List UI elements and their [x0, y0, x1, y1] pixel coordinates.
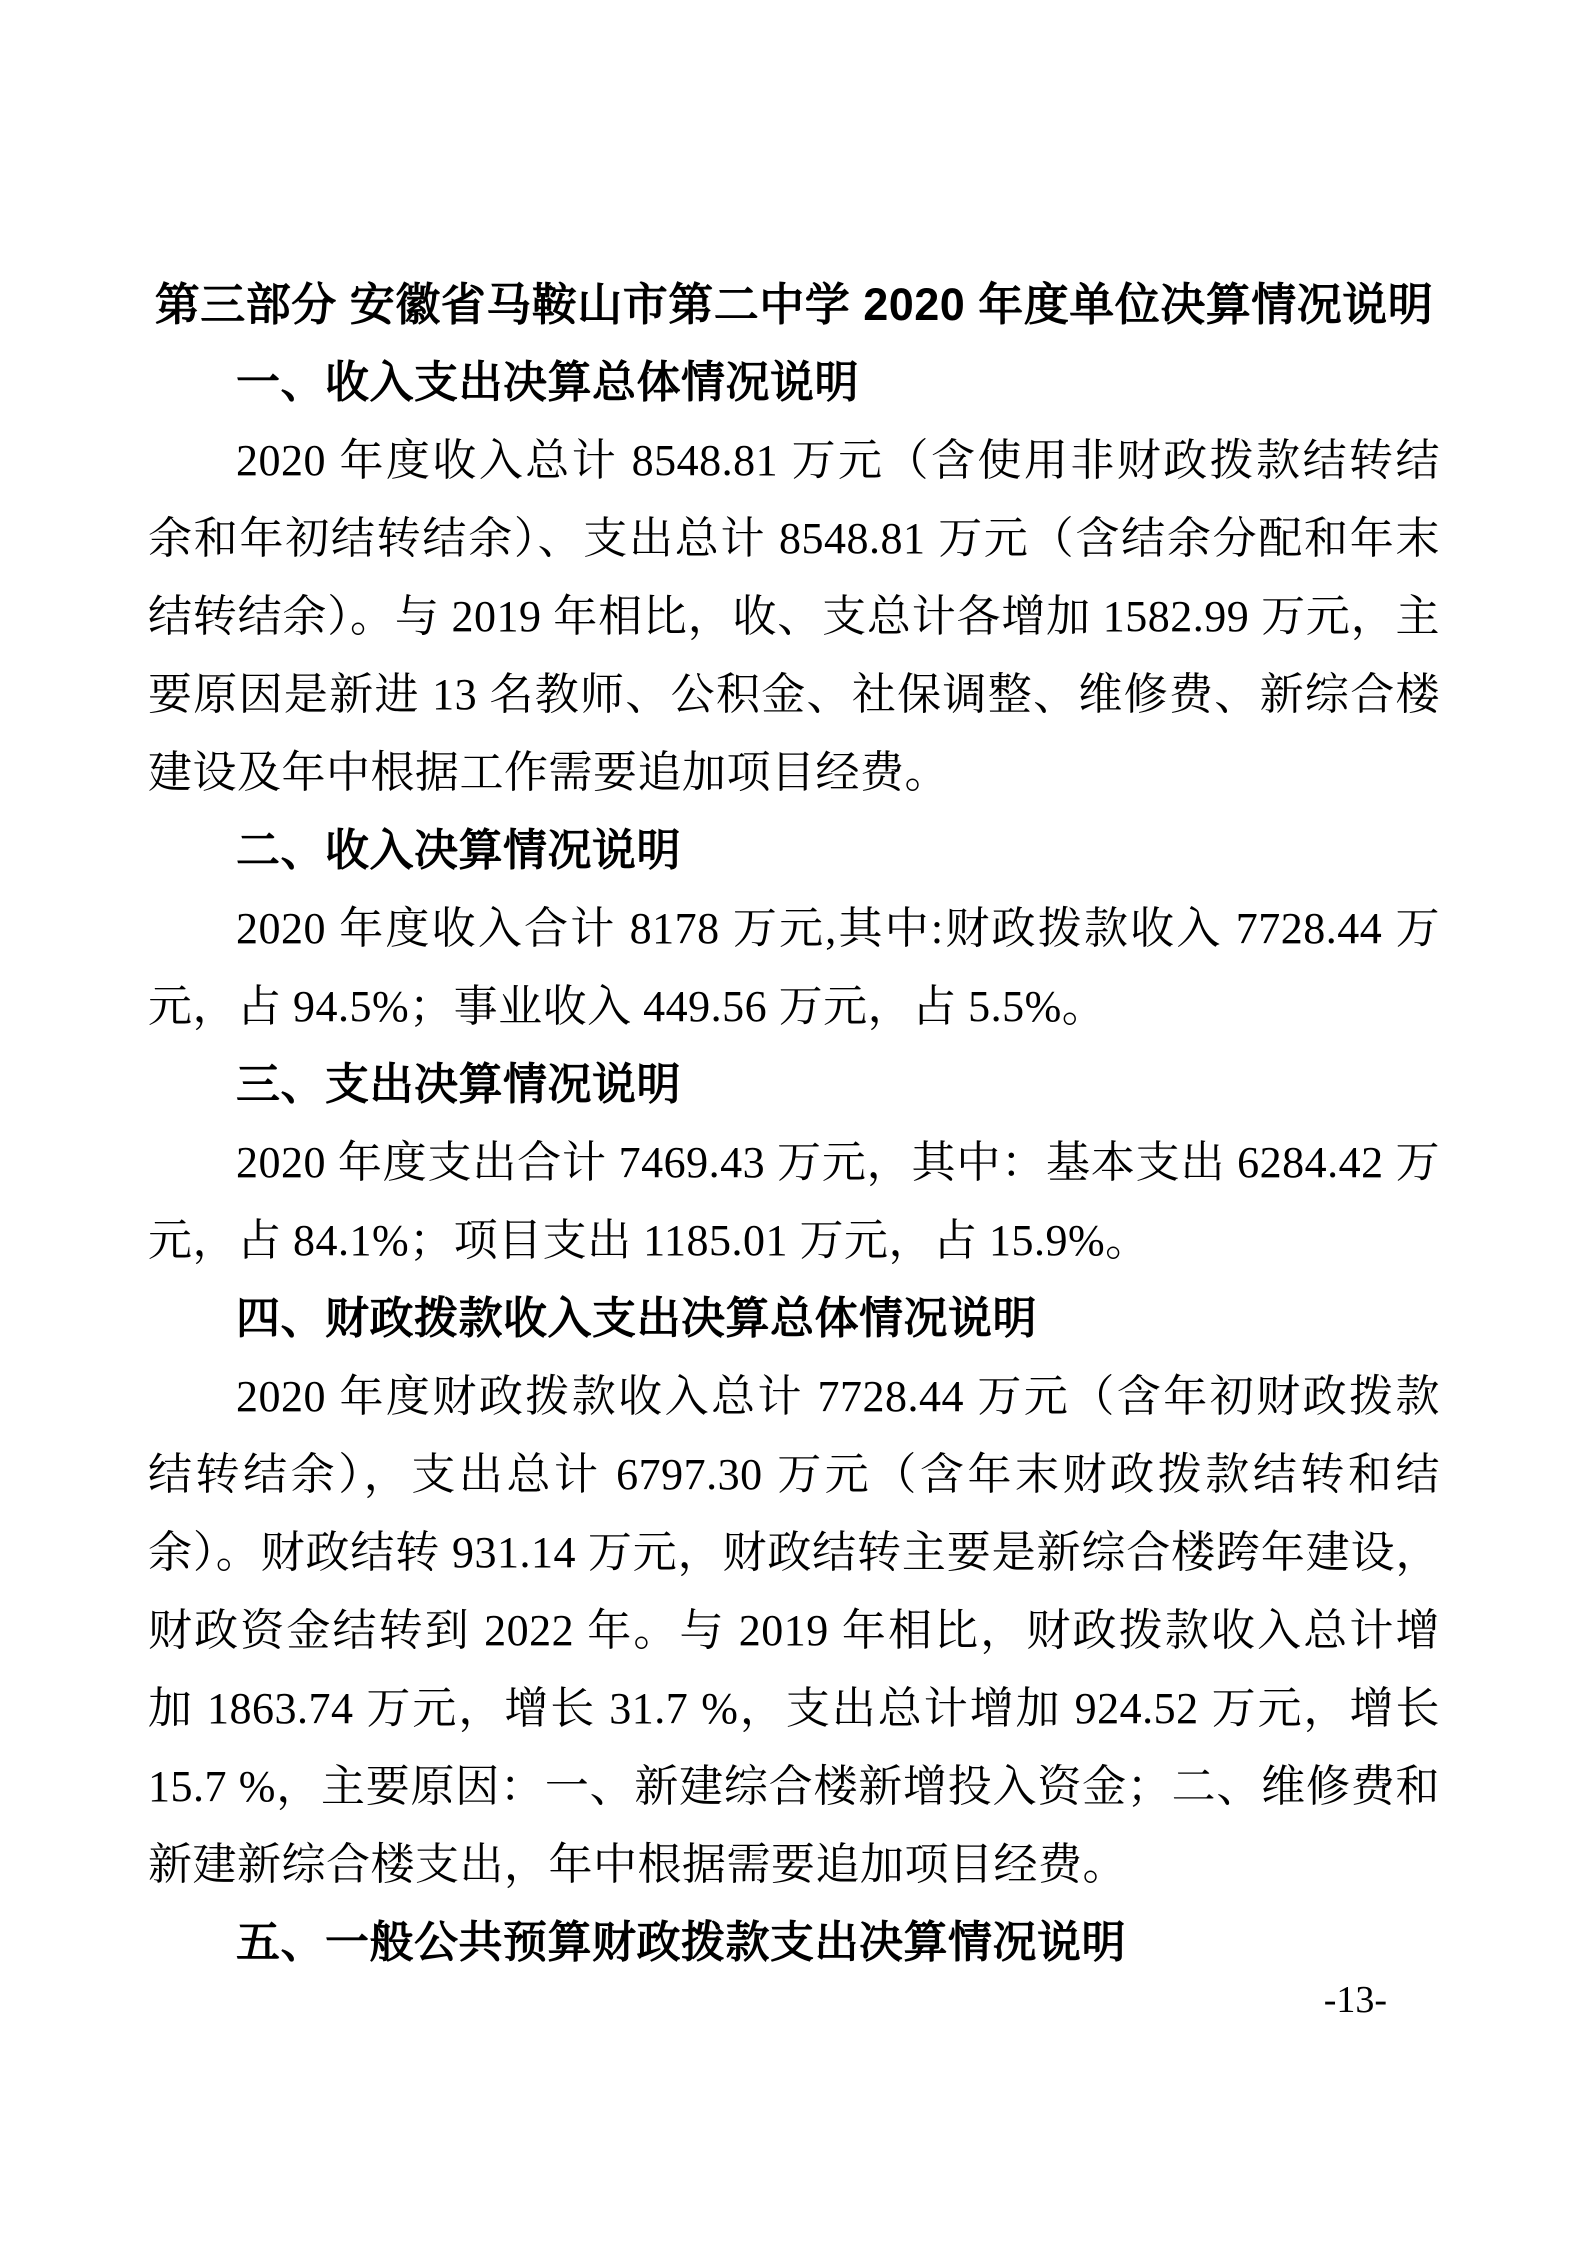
section-3-heading: 三、支出决算情况说明 — [148, 1046, 1440, 1124]
section-2-heading: 二、收入决算情况说明 — [148, 812, 1440, 890]
document-title: 第三部分 安徽省马鞍山市第二中学 2020 年度单位决算情况说明 — [148, 266, 1440, 344]
document-page: 第三部分 安徽省马鞍山市第二中学 2020 年度单位决算情况说明 一、收入支出决… — [0, 0, 1587, 2245]
section-5-heading: 五、一般公共预算财政拨款支出决算情况说明 — [148, 1904, 1440, 1982]
section-4-heading: 四、财政拨款收入支出决算总体情况说明 — [148, 1280, 1440, 1358]
section-1-paragraph: 2020 年度收入总计 8548.81 万元（含使用非财政拨款结转结余和年初结转… — [148, 422, 1440, 812]
section-1-heading: 一、收入支出决算总体情况说明 — [148, 344, 1440, 422]
document-content: 第三部分 安徽省马鞍山市第二中学 2020 年度单位决算情况说明 一、收入支出决… — [148, 266, 1440, 1982]
section-2-paragraph: 2020 年度收入合计 8178 万元,其中:财政拨款收入 7728.44 万元… — [148, 890, 1440, 1046]
section-3-paragraph: 2020 年度支出合计 7469.43 万元，其中：基本支出 6284.42 万… — [148, 1124, 1440, 1280]
section-4-paragraph: 2020 年度财政拨款收入总计 7728.44 万元（含年初财政拨款结转结余），… — [148, 1358, 1440, 1904]
page-number: -13- — [1324, 1978, 1387, 2022]
